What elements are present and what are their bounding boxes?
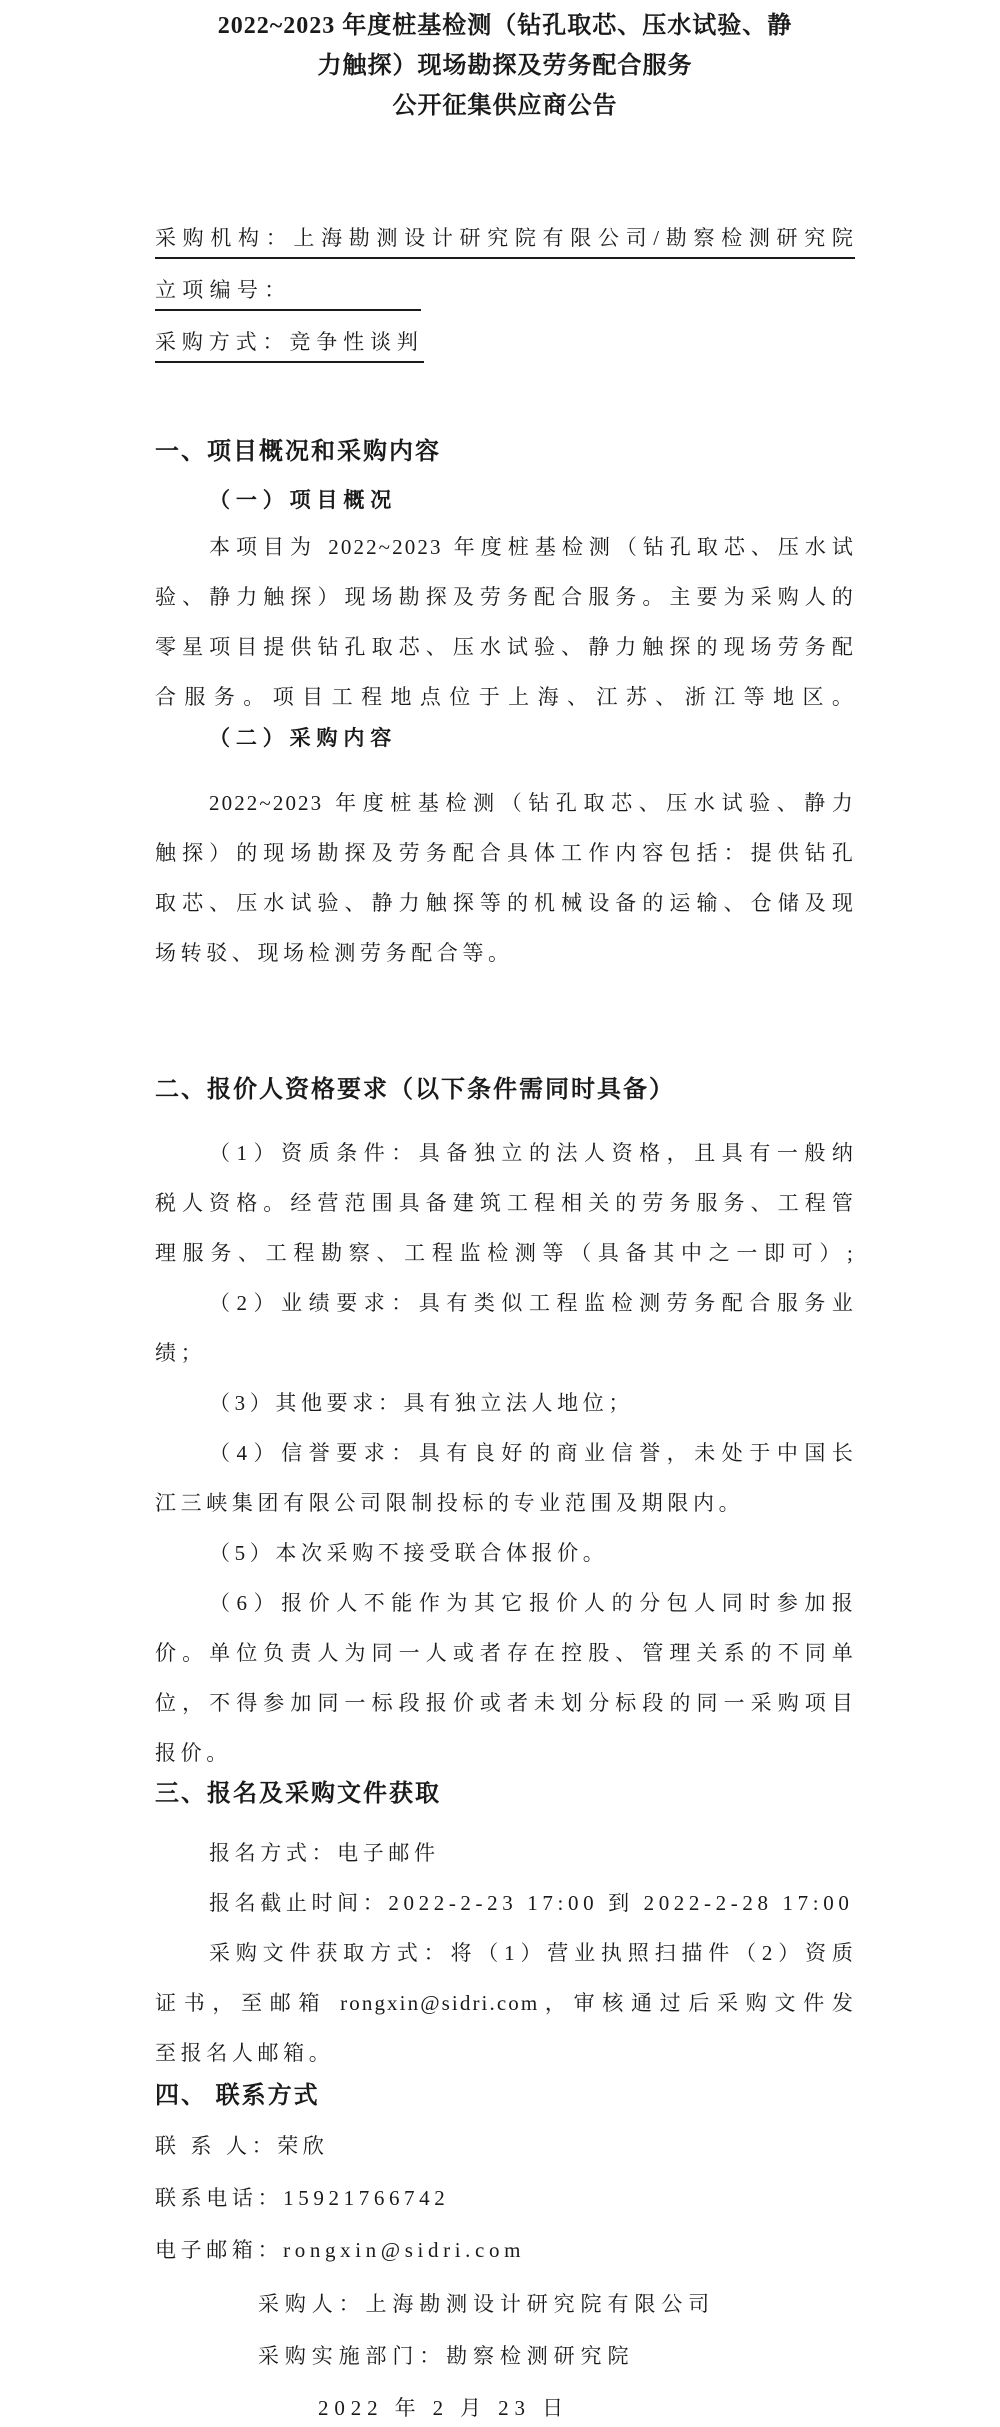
meta-block: 采购机构：上海勘测设计研究院有限公司/勘察检测研究院 立项编号： 采购方式：竞争… [155, 220, 855, 376]
contact-block: 联 系 人：荣欣 联系电话：15921766742 电子邮箱：rongxin@s… [155, 2120, 855, 2276]
document-acquisition-paragraph: 采购文件获取方式：将（1）营业执照扫描件（2）资质证书，至邮箱 rongxin@… [155, 1928, 855, 2078]
text-line: 江三峡集团有限公司限制投标的专业范围及期限内。 [155, 1478, 855, 1528]
purchasing-agency-line: 采购机构：上海勘测设计研究院有限公司/勘察检测研究院 [155, 220, 855, 259]
project-number-row: 立项编号： [155, 272, 855, 324]
text-line: （1）资质条件：具备独立的法人资格，且具有一般纳 [155, 1128, 855, 1178]
contact-phone: 联系电话：15921766742 [155, 2172, 855, 2224]
text-line: 触探）的现场勘探及劳务配合具体工作内容包括：提供钻孔 [155, 828, 855, 878]
text-line: （2）业绩要求：具有类似工程监检测劳务配合服务业 [155, 1278, 855, 1328]
registration-deadline: 报名截止时间：2022-2-23 17:00 到 2022-2-28 17:00 [155, 1878, 855, 1928]
text-line: 合服务。项目工程地点位于上海、江苏、浙江等地区。 [155, 672, 855, 722]
text-line: 场转驳、现场检测劳务配合等。 [155, 928, 855, 978]
text-line: 本项目为 2022~2023 年度桩基检测（钻孔取芯、压水试 [155, 522, 855, 572]
subsection-1-2-heading: （二）采购内容 [155, 722, 855, 754]
buyer-line: 采购人：上海勘测设计研究院有限公司 [155, 2278, 855, 2330]
text-line: 2022~2023 年度桩基检测（钻孔取芯、压水试验、静力 [155, 778, 855, 828]
text-line: 零星项目提供钻孔取芯、压水试验、静力触探的现场劳务配 [155, 622, 855, 672]
section-1-heading: 一、项目概况和采购内容 [155, 436, 855, 468]
text-line: （3）其他要求：具有独立法人地位； [155, 1378, 855, 1428]
text-line: 报价。 [155, 1728, 855, 1778]
date-line: 2022 年 2 月 23 日 [155, 2382, 855, 2427]
text-line: （6）报价人不能作为其它报价人的分包人同时参加报 [155, 1578, 855, 1628]
document-page: 2022~2023 年度桩基检测（钻孔取芯、压水试验、静 力触探）现场勘探及劳务… [0, 0, 1000, 2427]
text-line: 价。单位负责人为同一人或者存在控股、管理关系的不同单 [155, 1628, 855, 1678]
text-line: 税人资格。经营范围具备建筑工程相关的劳务服务、工程管 [155, 1178, 855, 1228]
text-line: 取芯、压水试验、静力触探等的机械设备的运输、仓储及现 [155, 878, 855, 928]
registration-block: 报名方式：电子邮件 报名截止时间：2022-2-23 17:00 到 2022-… [155, 1828, 855, 2078]
procurement-method-row: 采购方式：竞争性谈判 [155, 324, 855, 376]
section-3-heading: 三、报名及采购文件获取 [155, 1778, 855, 1810]
text-line: 位，不得参加同一标段报价或者未划分标段的同一采购项目 [155, 1678, 855, 1728]
section-4-heading: 四、 联系方式 [155, 2080, 855, 2112]
document-title: 2022~2023 年度桩基检测（钻孔取芯、压水试验、静 力触探）现场勘探及劳务… [155, 6, 855, 126]
subsection-1-1-heading: （一）项目概况 [155, 484, 855, 516]
text-line: 至报名人邮箱。 [155, 2028, 855, 2078]
project-number-line: 立项编号： [155, 272, 421, 311]
procurement-content-paragraph: 2022~2023 年度桩基检测（钻孔取芯、压水试验、静力触探）的现场勘探及劳务… [155, 778, 855, 978]
qualification-requirements: （1）资质条件：具备独立的法人资格，且具有一般纳税人资格。经营范围具备建筑工程相… [155, 1128, 855, 1778]
purchasing-agency-row: 采购机构：上海勘测设计研究院有限公司/勘察检测研究院 [155, 220, 855, 272]
registration-method: 报名方式：电子邮件 [155, 1828, 855, 1878]
procurement-method-line: 采购方式：竞争性谈判 [155, 324, 424, 363]
text-line: 验、静力触探）现场勘探及劳务配合服务。主要为采购人的 [155, 572, 855, 622]
project-overview-paragraph: 本项目为 2022~2023 年度桩基检测（钻孔取芯、压水试验、静力触探）现场勘… [155, 522, 855, 722]
signature-block: 采购人：上海勘测设计研究院有限公司 采购实施部门：勘察检测研究院 2022 年 … [155, 2278, 855, 2427]
department-line: 采购实施部门：勘察检测研究院 [155, 2330, 855, 2382]
text-line: 理服务、工程勘察、工程监检测等（具备其中之一即可）; [155, 1228, 855, 1278]
contact-email: 电子邮箱：rongxin@sidri.com [155, 2224, 855, 2276]
contact-name: 联 系 人：荣欣 [155, 2120, 855, 2172]
text-line: （4）信誉要求：具有良好的商业信誉，未处于中国长 [155, 1428, 855, 1478]
text-line: 证书，至邮箱 rongxin@sidri.com，审核通过后采购文件发 [155, 1978, 855, 2028]
text-line: 绩； [155, 1328, 855, 1378]
text-line: 采购文件获取方式：将（1）营业执照扫描件（2）资质 [155, 1928, 855, 1978]
text-line: （5）本次采购不接受联合体报价。 [155, 1528, 855, 1578]
section-2-heading: 二、报价人资格要求（以下条件需同时具备） [155, 1074, 855, 1106]
